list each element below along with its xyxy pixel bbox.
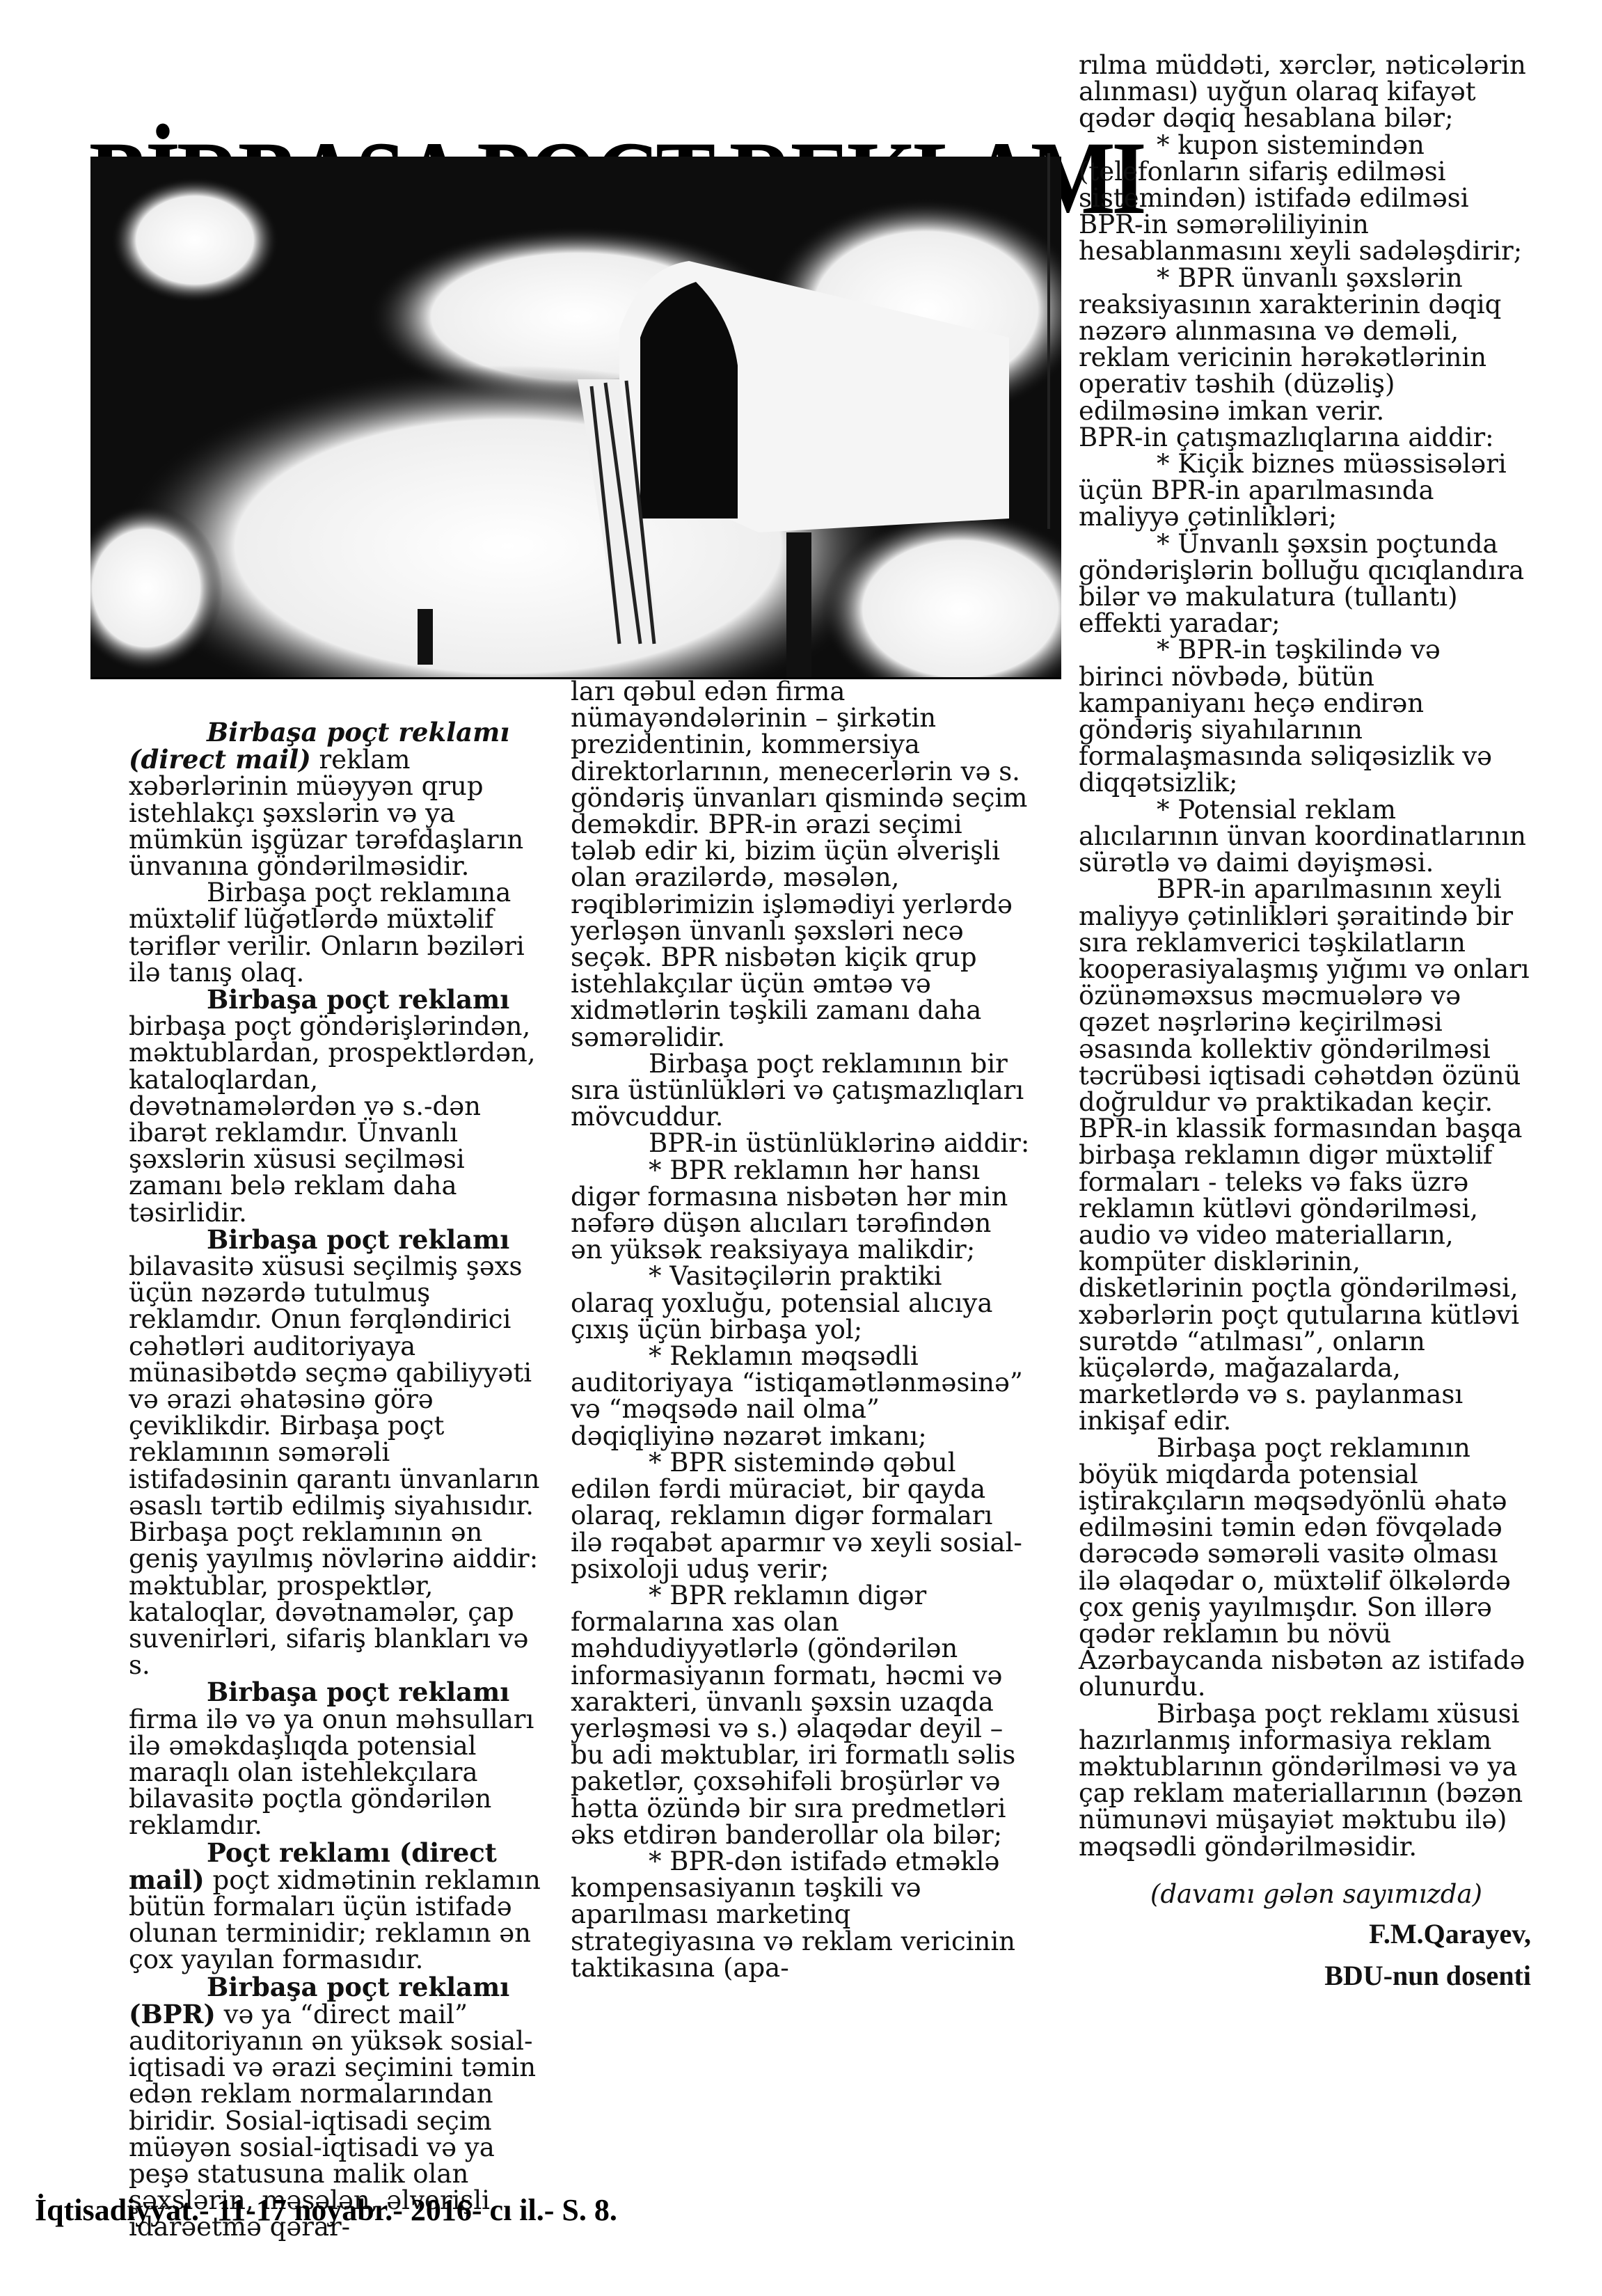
paragraph: BPR-in aparılmasının xeyli maliyyə çətin… [1079,876,1531,1434]
article-column-middle: ları qəbul edən firma nümayəndələrinin –… [571,679,1030,1981]
paragraph: Poçt reklamı (direct mail) poçt xidmətin… [129,1839,553,1974]
list-item-disadvantage: * Potensial reklam alıcılarının ünvan ko… [1079,797,1531,877]
scan-edge-line [1047,153,1050,529]
list-item-disadvantage: * Ünvanlı şəxsin poçtunda göndərişlərin … [1079,531,1531,638]
list-item-advantage: * BPR reklamın hər hansı digər formasına… [571,1157,1030,1264]
list-item-advantage: * Reklamın məqsədli auditoriyaya “istiqa… [571,1343,1030,1450]
paragraph: ları qəbul edən firma nümayəndələrinin –… [571,679,1030,1051]
list-item-disadvantage: * Kiçik biznes müəssisələri üçün BPR-in … [1079,451,1531,531]
mailbox-photo [90,157,1061,679]
article-column-left: Birbaşa poçt reklamı (direct mail) rekla… [129,719,553,2241]
list-item-advantage: * Vasitəçilərin praktiki olaraq yoxluğu,… [571,1263,1030,1343]
paragraph: BPR-in çatışmazlıqlarına aiddir: [1079,425,1531,451]
paragraph: Birbaşa poçt reklamı birbaşa poçt göndər… [129,986,553,1226]
continued-note: (davamı gələn sayımızda) [1079,1881,1531,1908]
list-item-advantage: * kupon sistemindən (telefonların sifari… [1079,132,1531,265]
paragraph-text: bilavasitə xüsusi seçilmiş şəxs üçün nəz… [129,1251,539,1680]
paragraph: Birbaşa poçt reklamına müxtəlif lüğətlər… [129,880,553,986]
list-item-disadvantage: * BPR-in təşkilində və birinci növbədə, … [1079,637,1531,796]
paragraph-lead: Birbaşa poçt reklamı [207,984,509,1015]
paragraph: Birbaşa poçt reklamı xüsusi hazırlanmış … [1079,1701,1531,1860]
article-column-right: rılma müddəti, xərclər, nəticələrin alın… [1079,52,1531,1991]
paragraph-lead: Birbaşa poçt reklamı [207,1677,509,1707]
list-item-advantage: * BPR ünvanlı şəxslərin reaksiyasının xa… [1079,265,1531,425]
list-item-advantage: * BPR-dən istifadə etməklə kompensasiyan… [571,1848,1030,1981]
paragraph: Birbaşa poçt reklamı (direct mail) rekla… [129,719,553,880]
list-item-advantage: * BPR sistemində qəbul edilən fərdi müra… [571,1450,1030,1583]
paragraph: Birbaşa poçt reklamı firma ilə və ya onu… [129,1679,553,1839]
paragraph-text: birbaşa poçt göndərişlərindən, məktublar… [129,1011,536,1227]
paragraph: Birbaşa poçt reklamı bilavasitə xüsusi s… [129,1226,553,1679]
author-name: F.M.Qarayev, [1079,1919,1531,1949]
paragraph: Birbaşa poçt reklamının bir sıra üstünlü… [571,1051,1030,1131]
list-item-advantage: rılma müddəti, xərclər, nəticələrin alın… [1079,52,1531,132]
author-title: BDU-nun dosenti [1079,1961,1531,1991]
list-item-advantage: * BPR reklamın digər formalarına xas ola… [571,1583,1030,1848]
source-citation: İqtisadiyyat.- 11-17 noyabr.- 2016- cı i… [35,2192,617,2228]
paragraph-text: Birbaşa poçt reklamına müxtəlif lüğətlər… [129,878,525,988]
paragraph-lead: Birbaşa poçt reklamı [207,1224,509,1255]
paragraph: BPR-in üstünlüklərinə aiddir: [571,1130,1030,1157]
paragraph-text: firma ilə və ya onun məhsulları ilə əmək… [129,1704,534,1841]
paragraph: Birbaşa poçt reklamının böyük miqdarda p… [1079,1435,1531,1701]
mailbox-icon [90,157,1061,677]
